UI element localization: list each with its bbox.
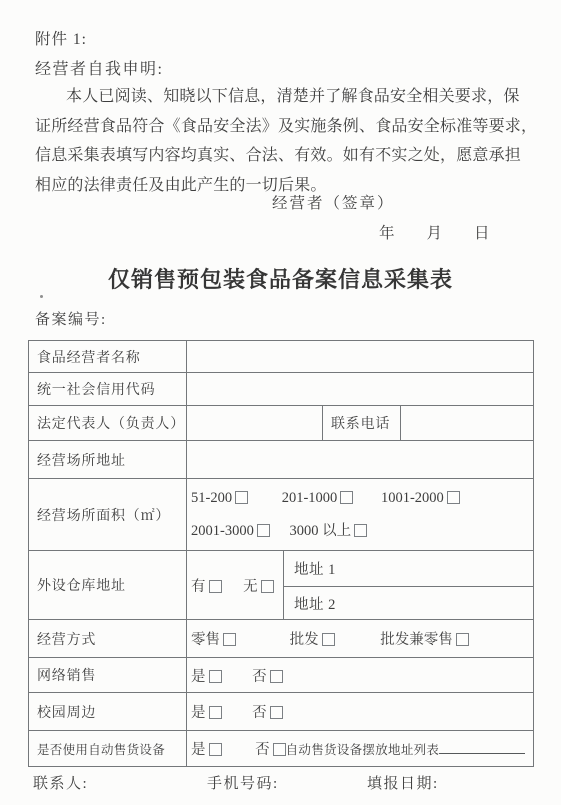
mode-option-label: 零售 (191, 632, 220, 648)
checkbox-online-yes[interactable] (209, 670, 222, 683)
warehouse-yes-no: 有 无 (187, 551, 284, 620)
area-option-label: 2001-3000 (191, 523, 254, 539)
operator-name-label: 食品经营者名称 (29, 341, 187, 373)
campus-label: 校园周边 (29, 693, 187, 731)
checkbox-warehouse-yes[interactable] (209, 580, 222, 593)
operator-signature-label: 经营者（签章） (272, 191, 395, 213)
area-option-label: 3000 以上 (289, 523, 351, 539)
scan-artifact-dot (40, 295, 43, 298)
checkbox-area-2001-3000[interactable] (257, 524, 270, 537)
table-row: 是否使用自动售货设备 是 否自动售货设备摆放地址列表 (29, 731, 534, 767)
premises-area-options: 51-200 201-1000 1001-2000 2001-3000 3000… (187, 479, 534, 551)
checkbox-area-3000-plus[interactable] (354, 524, 367, 537)
area-option-label: 1001-2000 (381, 490, 444, 506)
scanned-form-page: 附件 1: 经营者自我申明: 本人已阅读、知晓以下信息，清楚并了解食品安全相关要… (0, 0, 561, 805)
table-row: 法定代表人（负责人） 联系电话 (29, 406, 534, 441)
record-number-label: 备案编号: (35, 308, 107, 329)
warehouse-no-label: 无 (243, 579, 258, 595)
year-label: 年 (379, 225, 395, 242)
credit-code-label: 统一社会信用代码 (29, 373, 187, 406)
warehouse-yes-label: 有 (191, 579, 206, 595)
registration-form-table: 食品经营者名称 统一社会信用代码 法定代表人（负责人） 联系电话 经营场所地址 … (28, 340, 534, 767)
checkbox-vending-yes[interactable] (209, 743, 222, 756)
yes-label: 是 (191, 705, 206, 721)
warehouse-address-2-label[interactable]: 地址 2 (284, 587, 534, 620)
no-label: 否 (252, 669, 267, 685)
table-row: 经营场所地址 (29, 441, 534, 479)
checkbox-campus-yes[interactable] (209, 706, 222, 719)
self-declaration-heading: 经营者自我申明: (35, 56, 163, 79)
date-line: 年月日 (379, 221, 490, 243)
table-row: 经营方式 零售 批发 批发兼零售 (29, 620, 534, 658)
checkbox-online-no[interactable] (270, 670, 283, 683)
legal-rep-input[interactable] (187, 406, 323, 441)
business-mode-options: 零售 批发 批发兼零售 (187, 620, 534, 658)
declaration-line: 证所经营食品符合《食品安全法》及实施条例、食品安全标准等要求， (35, 112, 537, 142)
checkbox-area-1001-2000[interactable] (447, 491, 460, 504)
checkbox-mode-wholesale[interactable] (322, 633, 335, 646)
table-row: 统一社会信用代码 (29, 373, 534, 406)
declaration-line: 信息采集表填写内容均真实、合法、有效。如有不实之处，愿意承担 (35, 141, 537, 171)
declaration-paragraph: 本人已阅读、知晓以下信息，清楚并了解食品安全相关要求，保 证所经营食品符合《食品… (35, 82, 537, 200)
online-sales-label: 网络销售 (29, 658, 187, 693)
area-option-label: 51-200 (191, 490, 232, 506)
contact-phone-input[interactable] (401, 406, 534, 441)
table-row: 食品经营者名称 (29, 341, 534, 373)
month-label: 月 (427, 225, 443, 242)
vending-label: 是否使用自动售货设备 (29, 731, 187, 767)
contact-phone-label: 联系电话 (323, 406, 401, 441)
checkbox-warehouse-no[interactable] (261, 580, 274, 593)
business-mode-label: 经营方式 (29, 620, 187, 658)
legal-rep-label: 法定代表人（负责人） (29, 406, 187, 441)
checkbox-area-201-1000[interactable] (340, 491, 353, 504)
area-option-label: 201-1000 (282, 490, 338, 506)
vending-address-note: 自动售货设备摆放地址列表 (286, 743, 440, 757)
table-row: 经营场所面积（㎡） 51-200 201-1000 1001-2000 2001… (29, 479, 534, 551)
table-row: 外设仓库地址 有 无 地址 1 (29, 551, 534, 587)
warehouse-address-1-label[interactable]: 地址 1 (284, 551, 534, 587)
table-row: 校园周边 是 否 (29, 693, 534, 731)
premises-address-input[interactable] (187, 441, 534, 479)
yes-label: 是 (191, 669, 206, 685)
credit-code-input[interactable] (187, 373, 534, 406)
form-title: 仅销售预包装食品备案信息采集表 (0, 263, 561, 294)
no-label: 否 (252, 705, 267, 721)
vending-address-fill-line[interactable] (439, 741, 525, 754)
declaration-line: 本人已阅读、知晓以下信息，清楚并了解食品安全相关要求，保 (35, 82, 537, 112)
day-label: 日 (474, 225, 490, 242)
warehouse-label: 外设仓库地址 (29, 551, 187, 620)
checkbox-mode-both[interactable] (456, 633, 469, 646)
table-row: 网络销售 是 否 (29, 658, 534, 693)
attachment-label: 附件 1: (35, 27, 87, 49)
vending-options: 是 否自动售货设备摆放地址列表 (187, 731, 534, 767)
yes-label: 是 (191, 742, 206, 758)
contact-person-label: 联系人: (33, 772, 88, 793)
report-date-label: 填报日期: (367, 772, 439, 793)
checkbox-mode-retail[interactable] (223, 633, 236, 646)
mode-option-label: 批发 (290, 632, 319, 648)
premises-address-label: 经营场所地址 (29, 441, 187, 479)
online-sales-options: 是 否 (187, 658, 534, 693)
mode-option-label: 批发兼零售 (380, 632, 453, 648)
checkbox-area-51-200[interactable] (235, 491, 248, 504)
operator-name-input[interactable] (187, 341, 534, 373)
checkbox-vending-no[interactable] (273, 743, 286, 756)
checkbox-campus-no[interactable] (270, 706, 283, 719)
no-label: 否 (255, 742, 270, 758)
mobile-number-label: 手机号码: (207, 772, 279, 793)
premises-area-label: 经营场所面积（㎡） (29, 479, 187, 551)
campus-options: 是 否 (187, 693, 534, 731)
